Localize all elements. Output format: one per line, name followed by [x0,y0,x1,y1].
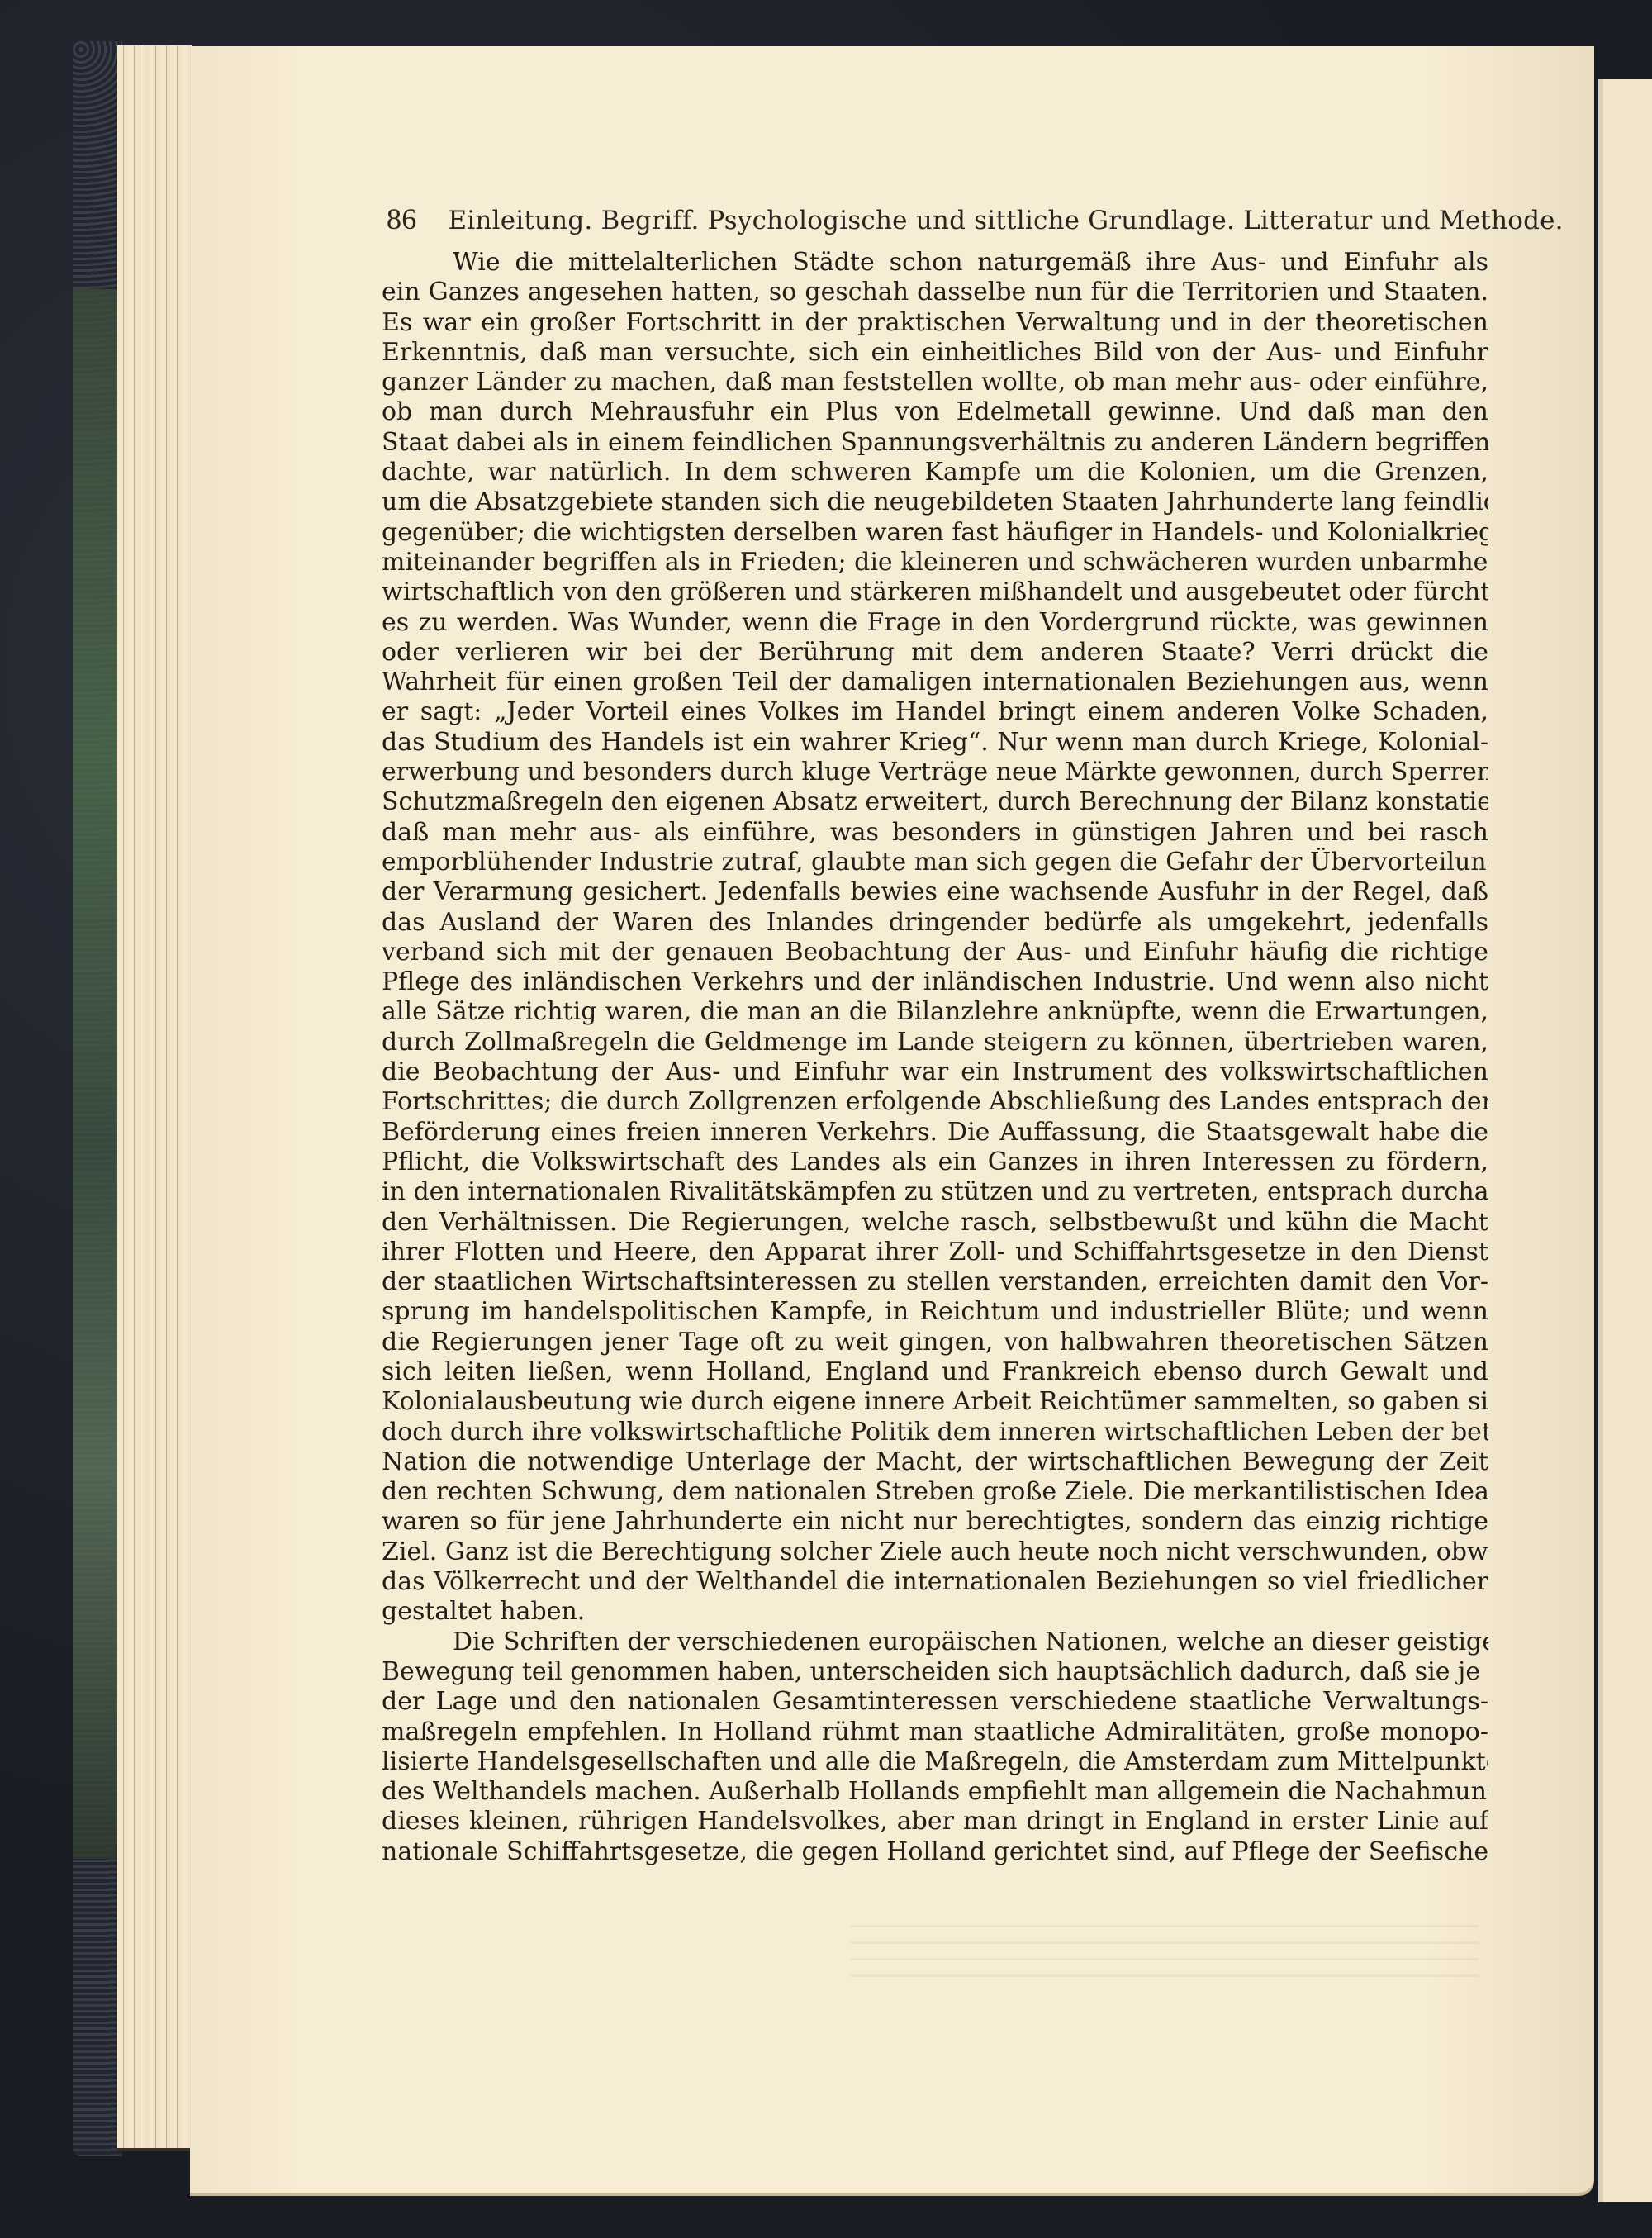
text-line: es zu werden. Was Wunder, wenn die Frage… [382,608,1488,638]
text-line: sprung im handelspolitischen Kampfe, in … [382,1297,1488,1327]
text-line: das Studium des Handels ist ein wahrer K… [382,728,1488,758]
text-line: waren so für jene Jahrhunderte ein nicht… [382,1507,1488,1537]
text-line: emporblühender Industrie zutraf, glaubte… [382,848,1488,877]
text-line: den Verhältnissen. Die Regierungen, welc… [382,1208,1488,1238]
text-line: Kolonialausbeutung wie durch eigene inne… [382,1387,1488,1417]
text-line: durch Zollmaßregeln die Geldmenge im Lan… [382,1028,1488,1057]
text-line: doch durch ihre volkswirtschaftliche Pol… [382,1418,1488,1447]
text-line: Wahrheit für einen großen Teil der damal… [382,668,1488,697]
text-line: Pflicht, die Volkswirtschaft des Landes … [382,1148,1488,1177]
text-line: er sagt: „Jeder Vorteil eines Volkes im … [382,697,1488,727]
text-line: miteinander begriffen als in Frieden; di… [382,548,1488,577]
book-cover-spine [73,41,122,2156]
page-number: 86 [387,202,416,235]
text-line: in den internationalen Rivalitätskämpfen… [382,1177,1488,1207]
text-line: Die Schriften der verschiedenen europäis… [382,1627,1488,1657]
running-head-title: Einleitung. Begriff. Psychologische und … [448,206,1563,235]
text-line: der staatlichen Wirtschaftsinteressen zu… [382,1267,1488,1297]
text-line: gegenüber; die wichtigsten derselben war… [382,518,1488,548]
text-line: alle Sätze richtig waren, die man an die… [382,997,1488,1027]
text-line: der Lage und den nationalen Gesamtintere… [382,1687,1488,1717]
text-line: Pflege des inländischen Verkehrs und der… [382,967,1488,997]
text-line: daß man mehr aus- als einführe, was beso… [382,818,1488,848]
text-line: Beförderung eines freien inneren Verkehr… [382,1118,1488,1148]
text-line: lisierte Handelsgesellschaften und alle … [382,1747,1488,1777]
text-line: das Völkerrecht und der Welthandel die i… [382,1567,1488,1597]
body-text: Wie die mittelalterlichen Städte schon n… [382,248,1488,1867]
text-line: Wie die mittelalterlichen Städte schon n… [382,248,1488,278]
facing-page-edge [1598,79,1652,2202]
text-line: dachte, war natürlich. In dem schweren K… [382,458,1488,487]
text-line: ganzer Länder zu machen, daß man festste… [382,368,1488,397]
running-header: 86 Einleitung. Begriff. Psychologische u… [387,202,1485,236]
text-line: nationale Schiffahrtsgesetze, die gegen … [382,1837,1488,1867]
text-line: Fortschrittes; die durch Zollgrenzen erf… [382,1087,1488,1117]
show-through-text [851,1925,1479,1991]
text-line: ob man durch Mehrausfuhr ein Plus von Ed… [382,397,1488,427]
text-line: maßregeln empfehlen. In Holland rühmt ma… [382,1718,1488,1747]
text-line: dieses kleinen, rührigen Handelsvolkes, … [382,1807,1488,1836]
text-line: oder verlieren wir bei der Berührung mit… [382,638,1488,668]
text-line: den rechten Schwung, dem nationalen Stre… [382,1477,1488,1507]
text-line: sich leiten ließen, wenn Holland, Englan… [382,1357,1488,1387]
text-line: gestaltet haben. [382,1597,1488,1627]
text-line: Nation die notwendige Unterlage der Mach… [382,1447,1488,1477]
text-line: wirtschaftlich von den größeren und stär… [382,577,1488,607]
text-line: Ziel. Ganz ist die Berechtigung solcher … [382,1537,1488,1567]
text-line: verband sich mit der genauen Beobachtung… [382,938,1488,967]
text-line: Staat dabei als in einem feindlichen Spa… [382,428,1488,458]
text-line: um die Absatzgebiete standen sich die ne… [382,487,1488,517]
text-line: Erkenntnis, daß man versuchte, sich ein … [382,338,1488,368]
marbled-edge [73,289,122,1859]
text-line: Es war ein großer Fortschritt in der pra… [382,308,1488,338]
text-line: Bewegung teil genommen haben, unterschei… [382,1657,1488,1687]
text-line: der Verarmung gesichert. Jedenfalls bewi… [382,877,1488,907]
text-line: ihrer Flotten und Heere, den Apparat ihr… [382,1238,1488,1267]
page-edges [117,45,192,2151]
text-line: Schutzmaßregeln den eigenen Absatz erwei… [382,787,1488,817]
text-line: die Regierungen jener Tage oft zu weit g… [382,1328,1488,1357]
text-line: ein Ganzes angesehen hatten, so geschah … [382,278,1488,307]
text-line: das Ausland der Waren des Inlandes dring… [382,908,1488,938]
text-line: erwerbung und besonders durch kluge Vert… [382,758,1488,787]
text-line: die Beobachtung der Aus- und Einfuhr war… [382,1057,1488,1087]
text-line: des Welthandels machen. Außerhalb Hollan… [382,1777,1488,1807]
